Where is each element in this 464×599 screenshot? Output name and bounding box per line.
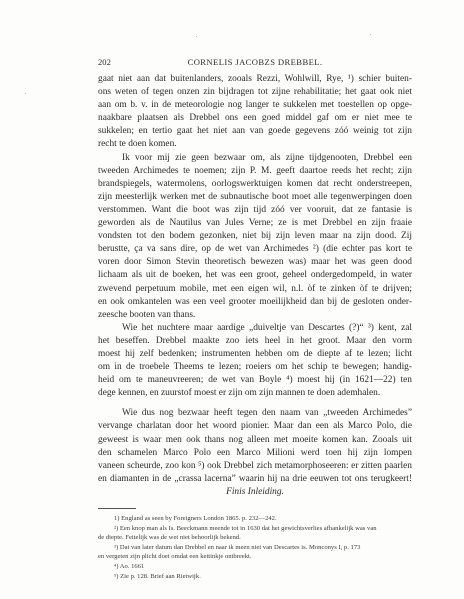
text-line: recht te doen komen. [98, 138, 412, 151]
running-title: CORNELIS JACOBZS DREBBEL. [98, 57, 412, 67]
text-line: voren door Simon Stevin theoretisch bewe… [98, 256, 412, 269]
text-line: geweest is waar men ook thans nog alleen… [98, 434, 412, 447]
text-line: dege kennen, en zuurstof moest er zijn o… [98, 387, 412, 400]
text-line: sukkelen; en tertio gaat het niet aan va… [98, 125, 412, 138]
scan-speck [25, 93, 26, 94]
footnote: ²) Een knop man als Is. Beeckmann meende… [98, 524, 412, 534]
footnote-continuation: en vergeten zijn plicht doet omdat een k… [98, 552, 412, 562]
text-line: lichaam als uit de boeken, het was een g… [98, 269, 412, 282]
paragraph-gap [98, 400, 412, 407]
text-line: brandspiegels, watermolens, oorlogswerkt… [98, 178, 412, 191]
footnote-rule [98, 508, 136, 509]
text-line: ons weten of tegen onzen zin bijdragen t… [98, 86, 412, 99]
text-line: en diamanten in de „crassa lacerna” waar… [98, 473, 412, 486]
text-line: en ook omkantelen was een veel grooter m… [98, 296, 412, 309]
footnote: ⁵) Zie p. 128. Brief aan Rietwijk. [98, 572, 412, 582]
text-line: vervange charlatan door het woord pionie… [98, 420, 412, 433]
paragraph-start: Wie het nuchtere maar aardige „duiveltje… [98, 322, 412, 335]
text-line: vaneen scheurde, zoo kon ⁵) ook Drebbel … [98, 460, 412, 473]
text-line: tweeden Archimedes te noemen; zijn P. M.… [98, 165, 412, 178]
text-line: geworden als de Nautilus van Jules Verne… [98, 217, 412, 230]
text-line: naakbare plaatsen als Drebbel ons een go… [98, 112, 412, 125]
footnote: 1) England as seen by Foreigners London … [98, 514, 412, 524]
text-line: den schamelen Marco Polo een Marco Milio… [98, 447, 412, 460]
footnote-continuation: de diepte. Feitelijk was de wet niet beh… [98, 533, 412, 543]
book-page: 202 CORNELIS JACOBZS DREBBEL. gaat niet … [0, 0, 464, 599]
text-line: gaat niet aan dat buitenlanders, zooals … [98, 73, 412, 86]
running-header: 202 CORNELIS JACOBZS DREBBEL. [98, 57, 412, 69]
scan-speck [196, 36, 197, 37]
text-line: berustte, ça va sans dire, op de wet van… [98, 243, 412, 256]
closing-line: Finis Inleiding. [98, 486, 412, 499]
body-text: gaat niet aan dat buitenlanders, zooals … [98, 73, 412, 581]
text-line: zwevend perpetuum mobile, met een eigen … [98, 283, 412, 296]
footnote: ³) Dat van later datum dan Drebbel en na… [98, 543, 412, 553]
text-line: zeesche booten van thans. [98, 309, 412, 322]
paragraph-start: Wie dus nog bezwaar heeft tegen den naam… [98, 407, 412, 420]
text-line: verstommen. Want die boot was zijn tijd … [98, 204, 412, 217]
text-line: vondsten tot den bodem gezonken, niet bi… [98, 230, 412, 243]
text-line: moest hij zelf bedenken; instrumenten he… [98, 348, 412, 361]
text-line: het beseffen. Drebbel maakte zoo iets he… [98, 335, 412, 348]
text-line: aan om b. v. in de meteorologie nog lang… [98, 99, 412, 112]
footnote: ⁴) Ao. 1661 [98, 562, 412, 572]
text-line: heid om te maneuvreeren; de wet van Boyl… [98, 374, 412, 387]
text-line: zijn meesterlijk werken met de subnautis… [98, 191, 412, 204]
text-line: om in de troebele Theems te lezen; roeie… [98, 361, 412, 374]
footnotes: 1) England as seen by Foreigners London … [98, 514, 412, 581]
paragraph-start: Ik voor mij zie geen bezwaar om, als zij… [98, 152, 412, 165]
scan-speck [370, 34, 371, 35]
